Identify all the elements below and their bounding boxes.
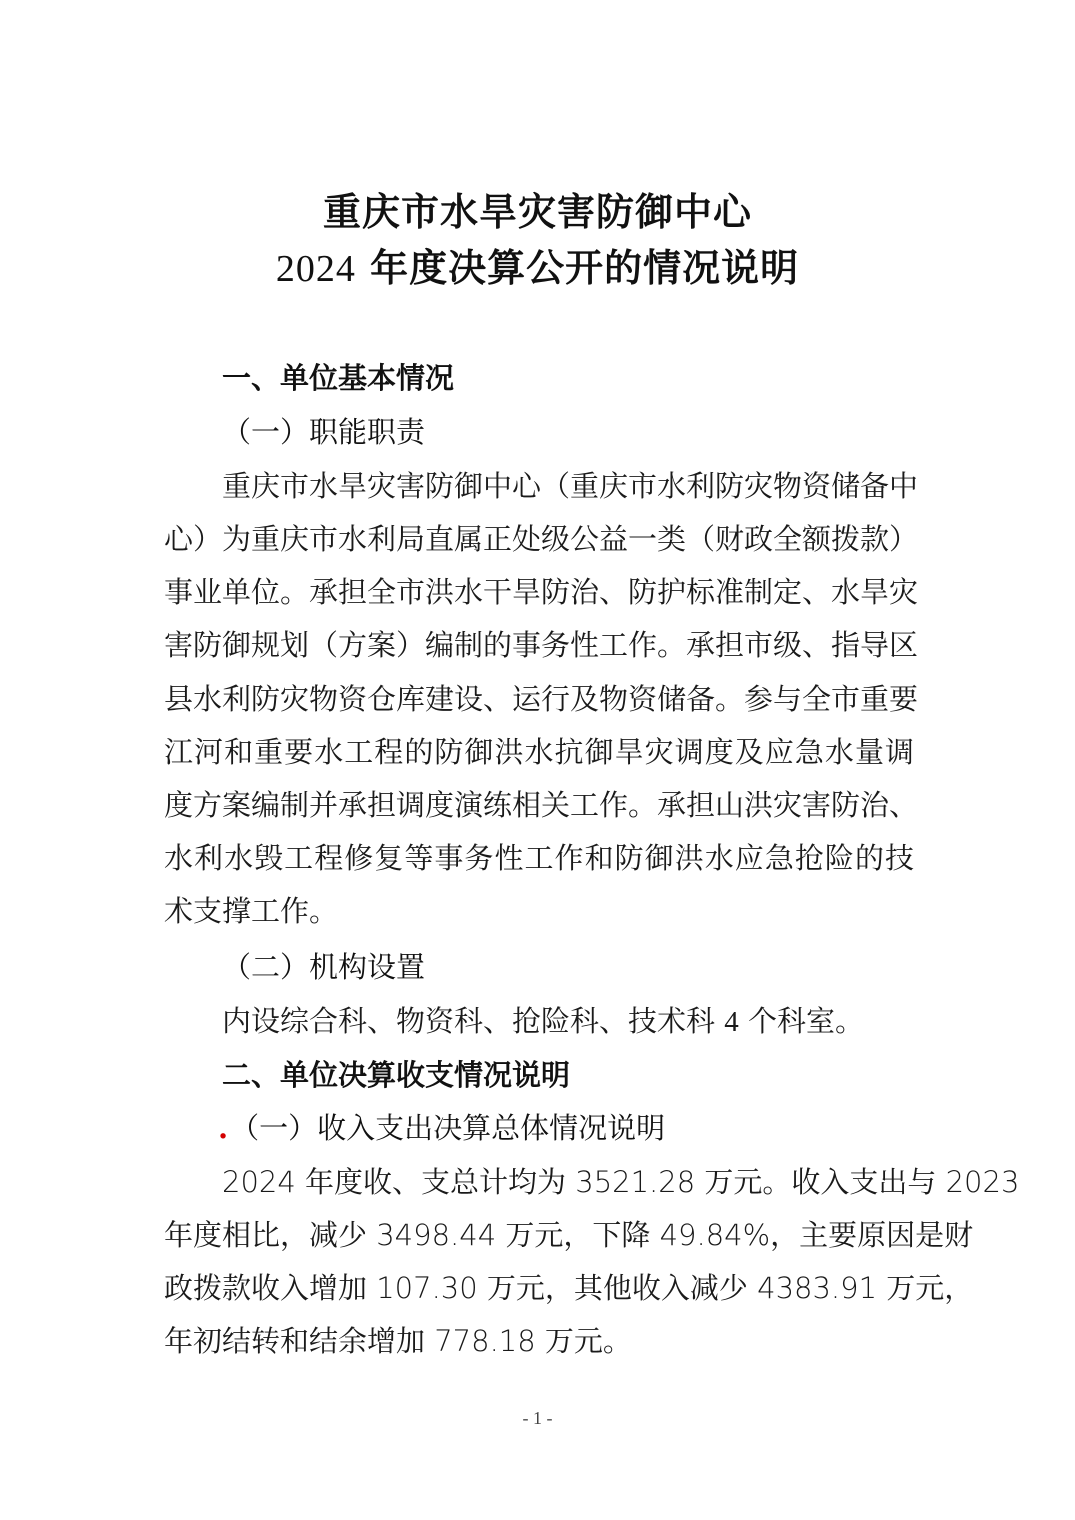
paragraph-line: 重庆市水旱灾害防御中心（重庆市水利防灾物资储备中	[222, 466, 914, 506]
title-year: 2024	[276, 248, 356, 290]
paragraph-line: 江河和重要水工程的防御洪水抗御旱灾调度及应急水量调	[164, 732, 914, 772]
paragraph-line: 事业单位。承担全市洪水干旱防治、防护标准制定、水旱灾	[164, 572, 914, 612]
paragraph-line: 水利水毁工程修复等事务性工作和防御洪水应急抢险的技	[164, 838, 914, 878]
paragraph-line: 县水利防灾物资仓库建设、运行及物资储备。参与全市重要	[164, 679, 914, 719]
document-page: 重庆市水旱灾害防御中心 2024 年度决算公开的情况说明 一、单位基本情况 （一…	[0, 0, 1075, 1520]
page-number: - 1 -	[0, 1408, 1075, 1429]
paragraph-line: 术支撑工作。	[164, 891, 914, 931]
paragraph-line: 心）为重庆市水利局直属正处级公益一类（财政全额拨款）	[164, 519, 914, 559]
paragraph-line: 年度相比，减少 3498.44 万元，下降 49.84%，主要原因是财	[164, 1215, 914, 1255]
document-title-line2: 2024 年度决算公开的情况说明	[0, 244, 1075, 293]
section-heading-budget: 二、单位决算收支情况说明	[222, 1055, 570, 1095]
paragraph-line: 政拨款收入增加 107.30 万元，其他收入减少 4383.91 万元，	[164, 1268, 914, 1308]
title-rest: 年度决算公开的情况说明	[356, 245, 799, 290]
document-title-line1: 重庆市水旱灾害防御中心	[0, 188, 1075, 236]
paragraph-line: 年初结转和结余增加 778.18 万元。	[164, 1321, 914, 1361]
section-heading-basic-info: 一、单位基本情况	[222, 358, 454, 398]
subheading-duties: （一）职能职责	[222, 412, 425, 452]
red-marker: .	[218, 1111, 228, 1145]
paragraph-line-departments: 内设综合科、物资科、抢险科、技术科 4 个科室。	[222, 1001, 914, 1042]
paragraph-line: 2024 年度收、支总计均为 3521.28 万元。收入支出与 2023	[222, 1162, 914, 1202]
subheading-organization: （二）机构设置	[222, 947, 425, 987]
subheading-income-expense: .（一）收入支出决算总体情况说明	[218, 1108, 665, 1148]
paragraph-line: 度方案编制并承担调度演练相关工作。承担山洪灾害防治、	[164, 785, 914, 825]
paragraph-line: 害防御规划（方案）编制的事务性工作。承担市级、指导区	[164, 625, 914, 665]
